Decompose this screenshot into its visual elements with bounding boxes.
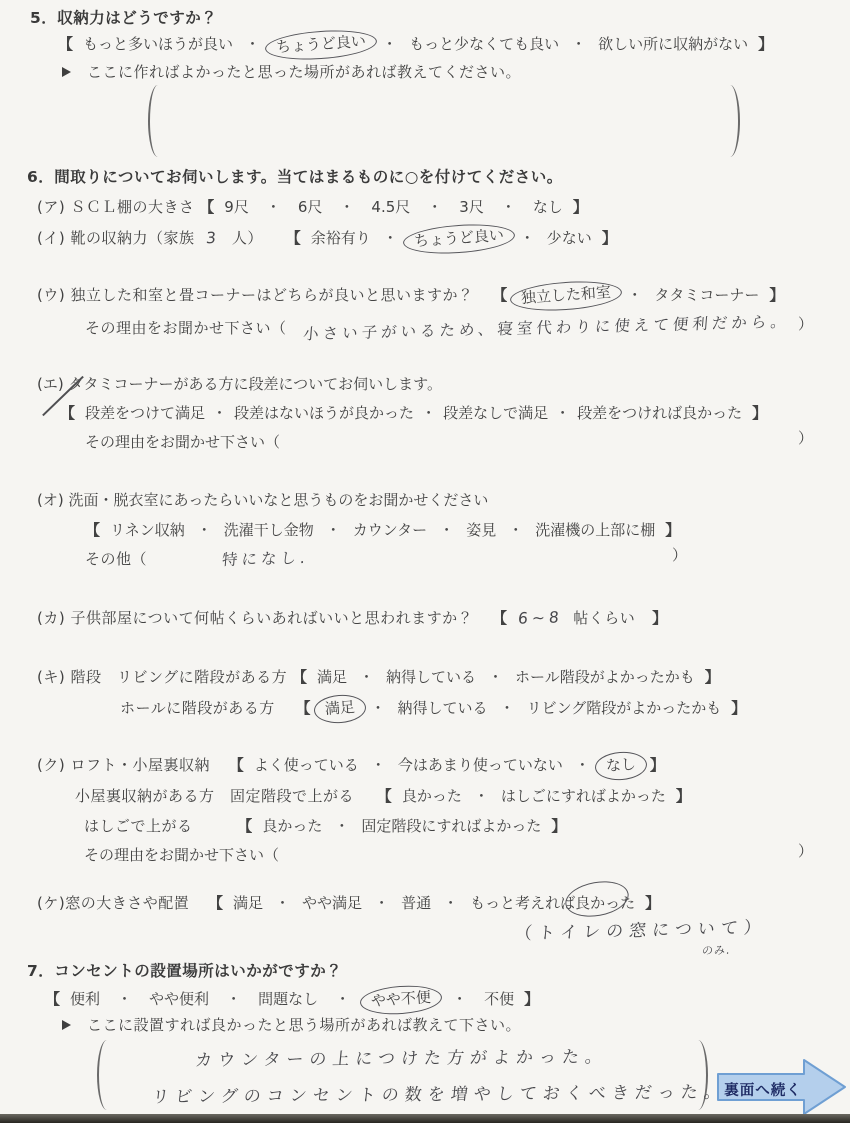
option-separator: ・ bbox=[266, 198, 281, 216]
q5-answer-paren-right bbox=[722, 85, 740, 157]
circled-option: なし bbox=[594, 750, 648, 782]
q6h-label2: 小屋裏収納がある方 固定階段で上がる bbox=[75, 787, 354, 805]
option: 良かった bbox=[262, 816, 322, 836]
q6a-label: (ア) ＳＣＬ棚の大きさ bbox=[37, 198, 194, 216]
q6d-reason-label: その理由をお聞かせ下さい（ bbox=[85, 432, 280, 452]
q6h-row1: (ク) ロフト・小屋裏収納 【よく使っている・今はあまり使っていない・なし】 bbox=[37, 755, 665, 776]
q6f-unit: 帖くらい bbox=[573, 609, 635, 627]
q6c-reason-handwritten: 小さい子がいるため、寝室代わりに使えて便利だから。 bbox=[303, 312, 791, 346]
q6f-bracket-open: 【 bbox=[492, 609, 507, 627]
option-separator: ・ bbox=[245, 35, 260, 53]
q7-prompt: ここに設置すれば良かったと思う場所があれば教えて下さい。 bbox=[87, 1016, 521, 1034]
bracket-open-glyph: 【 bbox=[58, 35, 73, 53]
option: もっと少なくても良い bbox=[409, 34, 559, 54]
bracket-close-glyph: 】 bbox=[573, 198, 588, 216]
prompt-arrow-icon bbox=[62, 67, 71, 77]
q6b-label-post: 人） bbox=[232, 229, 263, 247]
q6e-other-label: その他（ bbox=[85, 550, 147, 568]
bracket-close-glyph: 】 bbox=[650, 756, 665, 774]
option: 満足 bbox=[233, 893, 263, 913]
q6c-options: 【独立した和室・タタミコーナー】 bbox=[492, 286, 784, 304]
q6g-row2: ホールに階段がある方 【満足・納得している・リビング階段がよかったかも】 bbox=[120, 698, 746, 719]
q5-answer-paren-left bbox=[148, 85, 166, 157]
option-separator: ・ bbox=[383, 229, 398, 247]
option-separator: ・ bbox=[117, 990, 132, 1008]
q6g-options2: 【満足・納得している・リビング階段がよかったかも】 bbox=[295, 699, 746, 717]
bracket-open-glyph: 【 bbox=[229, 756, 244, 774]
option: なし bbox=[533, 197, 563, 217]
option: リネン収納 bbox=[110, 520, 185, 540]
option-separator: ・ bbox=[439, 521, 454, 539]
bracket-close-glyph: 】 bbox=[676, 787, 691, 805]
circled-option: 独立した和室 bbox=[509, 278, 623, 314]
circled-option: ちょうど良い bbox=[402, 221, 516, 257]
q6g-options1: 【満足・納得している・ホール階段がよかったかも】 bbox=[292, 668, 720, 686]
q6b-family-count-handwritten: 3 bbox=[205, 228, 221, 249]
q6b-options: 【余裕有り・ちょうど良い・少ない】 bbox=[286, 229, 617, 247]
bracket-open-glyph: 【 bbox=[85, 521, 100, 539]
option-separator: ・ bbox=[501, 198, 516, 216]
q6f-row: (カ) 子供部屋について何帖くらいあればいいと思われますか？ 【 6~8 帖くら… bbox=[37, 608, 667, 629]
q7-answer-paren-left bbox=[97, 1040, 115, 1110]
option: 固定階段にすればよかった bbox=[361, 816, 541, 836]
option: 4.5尺 bbox=[371, 197, 410, 217]
prompt-arrow-icon bbox=[62, 1020, 71, 1030]
option-separator: ・ bbox=[627, 286, 642, 304]
q6i-note-handwritten: （トイレの窓について） bbox=[514, 917, 768, 947]
bracket-close-glyph: 】 bbox=[731, 699, 746, 717]
q6h-reason-close: ） bbox=[798, 841, 813, 861]
q6i-label: (ケ)窓の大きさや配置 bbox=[37, 894, 189, 912]
option: 洗濯機の上部に棚 bbox=[535, 520, 655, 540]
option: 段差をつければ良かった bbox=[577, 403, 742, 423]
q6f-label: (カ) 子供部屋について何帖くらいあればいいと思われますか？ bbox=[37, 609, 473, 627]
option-separator: ・ bbox=[555, 404, 570, 422]
bracket-close-glyph: 】 bbox=[645, 894, 660, 912]
q6h-row3: はしごで上がる 【良かった・固定階段にすればよかった】 bbox=[84, 816, 566, 836]
option-separator: ・ bbox=[275, 894, 290, 912]
bracket-close-glyph: 】 bbox=[524, 990, 539, 1008]
q6e-other-handwritten: 特になし. bbox=[221, 548, 310, 571]
q6h-label3: はしごで上がる bbox=[84, 817, 193, 835]
q6d-reason-close: ） bbox=[798, 428, 813, 448]
q6h-options3: 【良かった・固定階段にすればよかった】 bbox=[237, 817, 566, 835]
option: やや便利 bbox=[149, 989, 209, 1009]
option: はしごにすればよかった bbox=[501, 786, 666, 806]
bracket-open-glyph: 【 bbox=[286, 229, 301, 247]
option: 普通 bbox=[401, 893, 431, 913]
option: 不便 bbox=[484, 989, 514, 1009]
q6d-options: 【段差をつけて満足・段差はないほうが良かった・段差なしで満足・段差をつければ良か… bbox=[60, 403, 767, 423]
option: ホール階段がよかったかも bbox=[515, 667, 695, 687]
option-separator: ・ bbox=[374, 894, 389, 912]
q6e-options: 【リネン収納・洗濯干し金物・カウンター・姿見・洗濯機の上部に棚】 bbox=[85, 520, 680, 540]
q6g-row1: (キ) 階段 リビングに階段がある方 【満足・納得している・ホール階段がよかった… bbox=[37, 667, 720, 687]
q6f-bracket-close: 】 bbox=[652, 609, 667, 627]
bracket-close-glyph: 】 bbox=[602, 229, 617, 247]
q6g-label2: ホールに階段がある方 bbox=[120, 699, 275, 717]
option: 便利 bbox=[70, 989, 100, 1009]
option: 9尺 bbox=[224, 197, 249, 217]
bracket-close-glyph: 】 bbox=[705, 668, 720, 686]
scanned-survey-page: 5．収納力はどうですか？ 【もっと多いほうが良い・ちょうど良い・もっと少なくても… bbox=[0, 0, 850, 1123]
option: 6尺 bbox=[298, 197, 323, 217]
page-bottom-scan-edge bbox=[0, 1114, 850, 1123]
bracket-close-glyph: 】 bbox=[551, 817, 566, 835]
option: 段差なしで満足 bbox=[443, 403, 548, 423]
q6i-note2-handwritten: のみ. bbox=[701, 944, 731, 960]
q5-title: 5．収納力はどうですか？ bbox=[30, 8, 217, 29]
bracket-open-glyph: 【 bbox=[492, 286, 507, 304]
option-separator: ・ bbox=[335, 990, 350, 1008]
option-separator: ・ bbox=[371, 756, 386, 774]
q6h-options2: 【良かった・はしごにすればよかった】 bbox=[377, 787, 691, 805]
bracket-open-glyph: 【 bbox=[45, 990, 60, 1008]
bracket-open-glyph: 【 bbox=[237, 817, 252, 835]
q6b-row: (イ) 靴の収納力（家族 3 人） 【余裕有り・ちょうど良い・少ない】 bbox=[37, 228, 617, 249]
option: 欲しい所に収納がない bbox=[598, 34, 748, 54]
option-separator: ・ bbox=[575, 756, 590, 774]
option: 満足 bbox=[317, 667, 347, 687]
q7-prompt-row: ここに設置すれば良かったと思う場所があれば教えて下さい。 bbox=[62, 1015, 521, 1035]
bracket-open-glyph: 【 bbox=[377, 787, 392, 805]
q6c-label: (ウ) 独立した和室と畳コーナーはどちらが良いと思いますか？ bbox=[37, 286, 473, 304]
q6c-reason-row: その理由をお聞かせ下さい（ 小さい子がいるため、寝室代わりに使えて便利だから。 bbox=[85, 318, 790, 339]
option: 良かった bbox=[402, 786, 462, 806]
option-separator: ・ bbox=[452, 990, 467, 1008]
option-separator: ・ bbox=[500, 699, 515, 717]
option-separator: ・ bbox=[520, 229, 535, 247]
option: 納得している bbox=[386, 667, 476, 687]
option: 問題なし bbox=[258, 989, 318, 1009]
q6h-label: (ク) ロフト・小屋裏収納 bbox=[37, 756, 210, 774]
q7-answer-line1-handwritten: カウンターの上につけた方がよかった。 bbox=[194, 1046, 609, 1073]
q6e-other-close: ） bbox=[672, 545, 687, 565]
q6a-row: (ア) ＳＣＬ棚の大きさ 【9尺・6尺・4.5尺・3尺・なし】 bbox=[37, 197, 588, 217]
option-separator: ・ bbox=[212, 404, 227, 422]
option: やや満足 bbox=[302, 893, 362, 913]
q6c-reason-close: ） bbox=[798, 314, 813, 334]
bracket-open-glyph: 【 bbox=[292, 668, 307, 686]
option-separator: ・ bbox=[427, 198, 442, 216]
option-separator: ・ bbox=[382, 35, 397, 53]
option: リビング階段がよかったかも bbox=[527, 698, 722, 718]
option-separator: ・ bbox=[226, 990, 241, 1008]
q5-prompt: ここに作ればよかったと思った場所があれば教えてください。 bbox=[87, 63, 521, 81]
option-separator: ・ bbox=[339, 198, 354, 216]
option: 少ない bbox=[547, 228, 592, 248]
continue-to-back-arrow: 裏面へ続く bbox=[716, 1056, 848, 1118]
option: 段差はないほうが良かった bbox=[234, 403, 414, 423]
option: 3尺 bbox=[459, 197, 484, 217]
option-separator: ・ bbox=[359, 668, 374, 686]
option: タタミコーナー bbox=[654, 285, 759, 305]
q6e-label: (オ) 洗面・脱衣室にあったらいいなと思うものをお聞かせください bbox=[37, 490, 488, 510]
option: 納得している bbox=[398, 698, 488, 718]
q6h-row2: 小屋裏収納がある方 固定階段で上がる 【良かった・はしごにすればよかった】 bbox=[75, 786, 691, 806]
q7-answer-line2-handwritten: リビングのコンセントの数を増やしておくべきだった。 bbox=[151, 1081, 728, 1109]
option: 今はあまり使っていない bbox=[398, 755, 563, 775]
circled-option: 満足 bbox=[313, 693, 367, 725]
bracket-close-glyph: 】 bbox=[752, 404, 767, 422]
option: 段差をつけて満足 bbox=[85, 403, 205, 423]
q6b-label-pre: (イ) 靴の収納力（家族 bbox=[37, 229, 194, 247]
option-separator: ・ bbox=[326, 521, 341, 539]
q6c-row: (ウ) 独立した和室と畳コーナーはどちらが良いと思いますか？ 【独立した和室・タ… bbox=[37, 285, 784, 306]
q6h-options1: 【よく使っている・今はあまり使っていない・なし】 bbox=[229, 756, 665, 774]
bracket-close-glyph: 】 bbox=[665, 521, 680, 539]
option-separator: ・ bbox=[371, 699, 386, 717]
option: 姿見 bbox=[466, 520, 496, 540]
option-separator: ・ bbox=[508, 521, 523, 539]
option: 洗濯干し金物 bbox=[224, 520, 314, 540]
option: 余裕有り bbox=[311, 228, 371, 248]
option-separator: ・ bbox=[488, 668, 503, 686]
q7-title: 7．コンセントの設置場所はいかがですか？ bbox=[27, 961, 342, 982]
bracket-open-glyph: 【 bbox=[295, 699, 310, 717]
bracket-close-glyph: 】 bbox=[758, 35, 773, 53]
q6c-reason-label: その理由をお聞かせ下さい（ bbox=[85, 319, 287, 337]
q6i-circle-mark bbox=[563, 877, 632, 922]
bracket-open-glyph: 【 bbox=[208, 894, 223, 912]
option-separator: ・ bbox=[571, 35, 586, 53]
option-separator: ・ bbox=[197, 521, 212, 539]
q6a-options: 【9尺・6尺・4.5尺・3尺・なし】 bbox=[199, 198, 588, 216]
bracket-open-glyph: 【 bbox=[60, 404, 75, 422]
option-separator: ・ bbox=[474, 787, 489, 805]
option-separator: ・ bbox=[421, 404, 436, 422]
q5-prompt-row: ここに作ればよかったと思った場所があれば教えてください。 bbox=[62, 62, 521, 82]
circled-option: やや不便 bbox=[359, 983, 443, 1017]
option-separator: ・ bbox=[334, 817, 349, 835]
q6h-reason-label: その理由をお聞かせ下さい（ bbox=[84, 845, 279, 865]
q5-options: 【もっと多いほうが良い・ちょうど良い・もっと少なくても良い・欲しい所に収納がない… bbox=[58, 34, 773, 55]
continue-to-back-label: 裏面へ続く bbox=[724, 1079, 802, 1100]
q6e-other-row: その他（ 特になし. bbox=[85, 549, 309, 570]
option-separator: ・ bbox=[443, 894, 458, 912]
circled-option: ちょうど良い bbox=[264, 27, 378, 63]
q7-options: 【便利・やや便利・問題なし・やや不便・不便】 bbox=[45, 989, 539, 1010]
q6g-label: (キ) 階段 リビングに階段がある方 bbox=[37, 668, 287, 686]
q6f-answer-handwritten: 6~8 bbox=[517, 607, 563, 629]
bracket-open-glyph: 【 bbox=[199, 198, 214, 216]
q6d-label: (エ) タタミコーナーがある方に段差についてお伺いします。 bbox=[37, 374, 442, 394]
bracket-close-glyph: 】 bbox=[769, 286, 784, 304]
option: もっと多いほうが良い bbox=[83, 34, 233, 54]
option: カウンター bbox=[353, 520, 427, 540]
option: よく使っている bbox=[254, 755, 359, 775]
q6-title: 6．間取りについてお伺いします。当てはまるものに○を付けてください。 bbox=[27, 167, 563, 188]
